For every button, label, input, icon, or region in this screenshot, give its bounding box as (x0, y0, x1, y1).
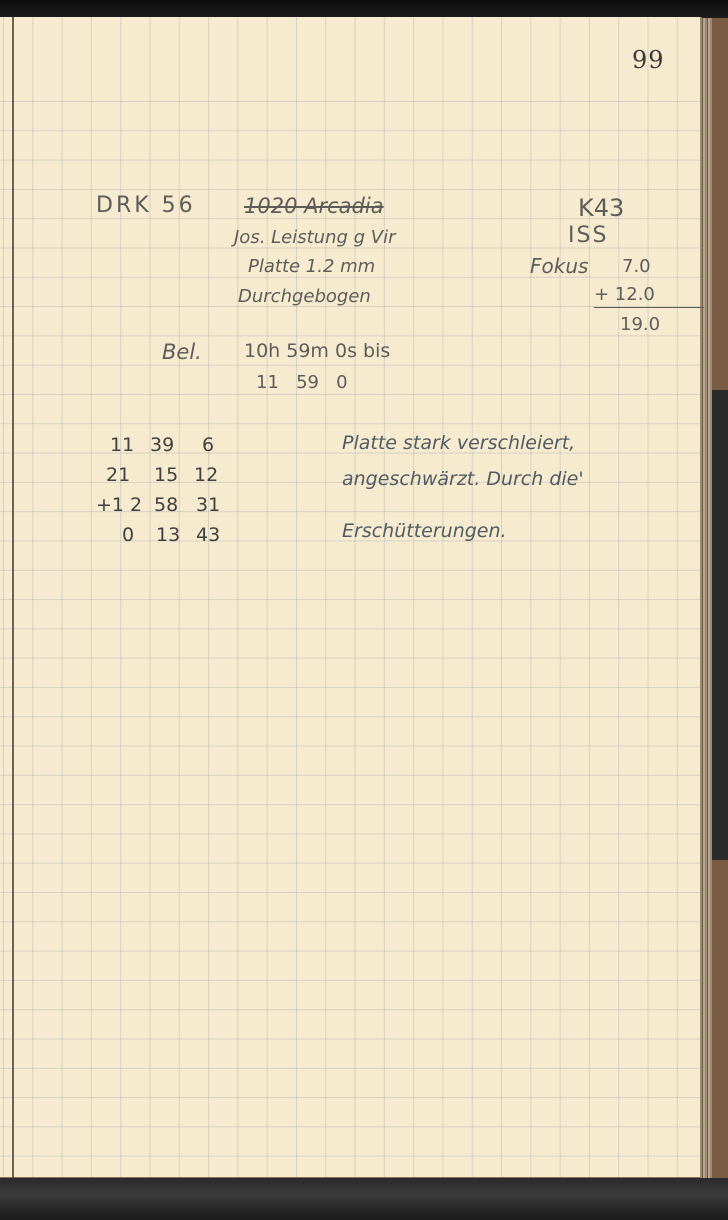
struck-entry: 1020 Arcadia (244, 194, 384, 218)
exposure-line-1: 10h 59m 0s bis (244, 340, 390, 362)
header-note-line-1: Jos. Leistung g Vir (234, 227, 396, 248)
calc-r3-c1: +1 2 (96, 494, 142, 516)
note-line-1: Platte stark verschleiert, (342, 432, 575, 454)
notebook-page (0, 17, 702, 1179)
note-line-3: Erschütterungen. (342, 520, 507, 542)
plate-id: DRK 56 (96, 193, 196, 218)
header-note-line-2: Platte 1.2 mm (248, 256, 375, 277)
calc-r1-c3: 6 (202, 434, 214, 456)
calc-r4-c2: 13 (156, 524, 180, 546)
calc-r4-c3: 43 (196, 524, 220, 546)
calc-r1-c2: 39 (150, 434, 174, 456)
page-number: 99 (632, 46, 665, 74)
sum-rule (594, 307, 704, 308)
calc-r3-c2: 58 (154, 494, 178, 516)
exposure-label: Bel. (162, 340, 202, 364)
note-line-2: angeschwärzt. Durch die' (342, 468, 584, 490)
focus-value-2: + 12.0 (594, 284, 655, 305)
faint-stamp (300, 668, 420, 684)
binding-line (12, 17, 14, 1179)
calc-r4-c1: 0 (122, 524, 134, 546)
exposure-line-2: 11 59 0 (256, 372, 348, 393)
calc-r2-c1: 21 (106, 464, 130, 486)
calc-r3-c3: 31 (196, 494, 220, 516)
focus-value-1: 7.0 (622, 256, 651, 277)
calc-r2-c3: 12 (194, 464, 218, 486)
plate-sub: ISS (568, 223, 608, 248)
header-note-line-3: Durchgebogen (238, 286, 371, 307)
focus-sum: 19.0 (620, 314, 660, 335)
notebook-bottom-edge (0, 1178, 728, 1220)
calc-r1-c1: 11 (110, 434, 134, 456)
plate-code: K43 (578, 194, 624, 222)
focus-label: Fokus (530, 254, 588, 278)
calc-r2-c2: 15 (154, 464, 178, 486)
notebook-top-edge (0, 0, 728, 18)
page-stack-edges (700, 18, 712, 1180)
cover-dark-band (712, 390, 728, 860)
